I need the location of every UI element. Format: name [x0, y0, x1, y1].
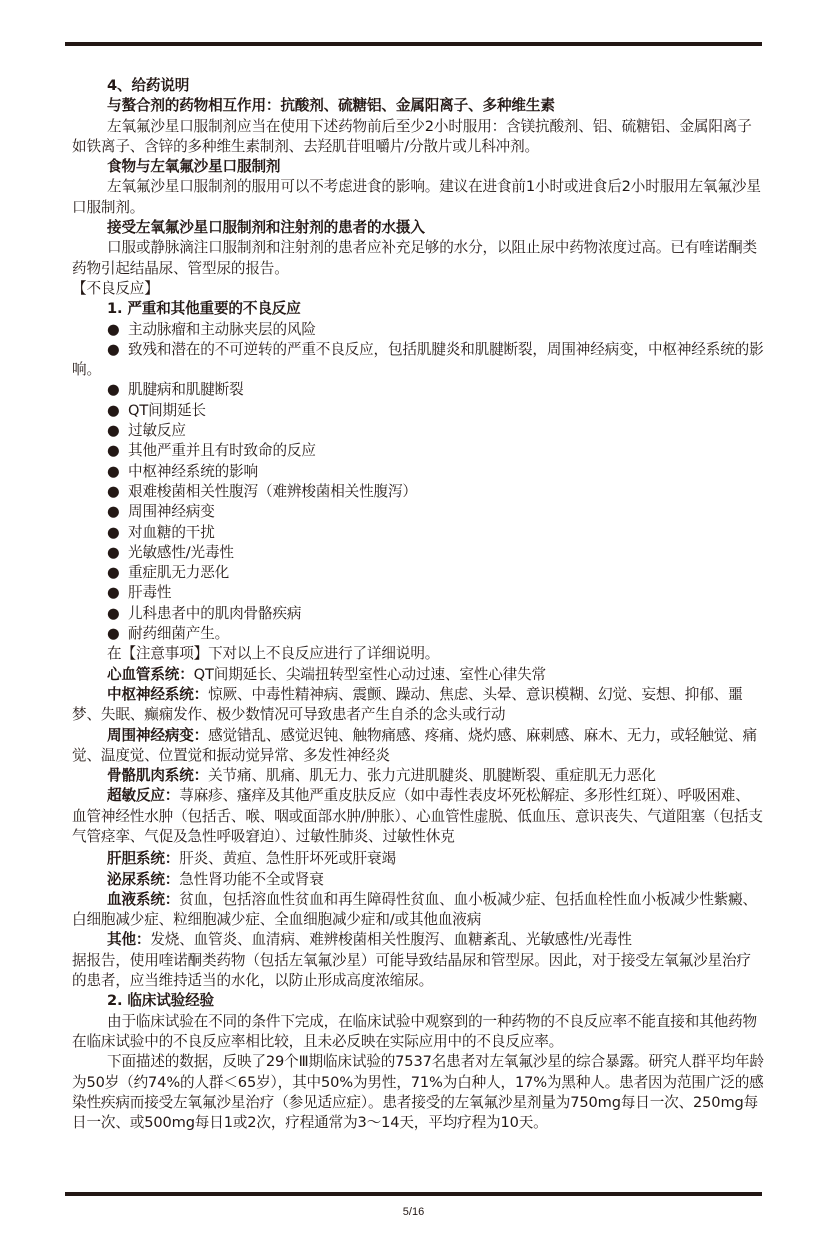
paragraph-hydration: 口服或静脉滴注口服制剂和注射剂的患者应补充足够的水分，以阻止尿中药物浓度过高。已…	[72, 238, 764, 279]
system-other: 其他：发烧、血管炎、血清病、难辨梭菌相关性腹泻、血糖紊乱、光敏感性/光毒性	[72, 930, 764, 950]
paragraph-clinical-trials-2: 下面描述的数据，反映了29个Ⅲ期临床试验的7537名患者对左氧氟沙星的综合暴露。…	[72, 1052, 764, 1133]
bullet-icon: ●	[107, 543, 128, 563]
bullet-icon: ●	[107, 523, 128, 543]
bullet-icon: ●	[107, 482, 128, 502]
precautions-note: 在【注意事项】下对以上不良反应进行了详细说明。	[72, 644, 764, 664]
list-item: ●光敏感性/光毒性	[72, 543, 764, 563]
list-item: ●艰难梭菌相关性腹泻（难辨梭菌相关性腹泻）	[72, 482, 764, 502]
bullet-icon: ●	[107, 583, 128, 603]
list-item: ●肝毒性	[72, 583, 764, 603]
page-number: 5/16	[0, 1206, 827, 1218]
list-item: ●重症肌无力恶化	[72, 563, 764, 583]
system-musculoskeletal: 骨骼肌肉系统：关节痛、肌痛、肌无力、张力亢进肌腱炎、肌腱断裂、重症肌无力恶化	[72, 766, 764, 786]
system-urinary: 泌尿系统：急性肾功能不全或肾衰	[72, 870, 764, 890]
bullet-icon: ●	[107, 502, 128, 522]
paragraph-chelation: 左氧氟沙星口服制剂应当在使用下述药物前后至少2小时服用：含镁抗酸剂、铝、硫糖铝、…	[72, 117, 764, 158]
system-hepatobiliary: 肝胆系统：肝炎、黄疸、急性肝坏死或肝衰竭	[72, 849, 764, 869]
list-item: ●儿科患者中的肌肉骨骼疾病	[72, 604, 764, 624]
system-peripheral-neuropathy: 周围神经病变：感觉错乱、感觉迟钝、触物痛感、疼痛、烧灼感、麻刺感、麻木、无力，或…	[72, 726, 764, 767]
system-hematologic: 血液系统：贫血，包括溶血性贫血和再生障碍性贫血、血小板减少症、包括血栓性血小板减…	[72, 890, 764, 931]
bullet-icon: ●	[107, 320, 128, 340]
bullet-icon: ●	[107, 340, 128, 360]
list-item: ●其他严重并且有时致命的反应	[72, 441, 764, 461]
subheading-clinical-trials: 2. 临床试验经验	[72, 991, 764, 1011]
list-item: ●中枢神经系统的影响	[72, 462, 764, 482]
bullet-icon: ●	[107, 624, 128, 644]
document-body: 4、给药说明 与螯合剂的药物相互作用：抗酸剂、硫糖铝、金属阳离子、多种维生素 左…	[72, 76, 764, 1133]
bullet-icon: ●	[107, 462, 128, 482]
bullet-icon: ●	[107, 380, 128, 400]
list-item: ●周围神经病变	[72, 502, 764, 522]
paragraph-food: 左氧氟沙星口服制剂的服用可以不考虑进食的影响。建议在进食前1小时或进食后2小时服…	[72, 177, 764, 218]
subheading-chelation: 与螯合剂的药物相互作用：抗酸剂、硫糖铝、金属阳离子、多种维生素	[72, 96, 764, 116]
bullet-icon: ●	[107, 401, 128, 421]
list-item: ●耐药细菌产生。	[72, 624, 764, 644]
footer-rule	[65, 1192, 762, 1196]
bullet-icon: ●	[107, 604, 128, 624]
paragraph-crystalluria: 据报告，使用喹诺酮类药物（包括左氧氟沙星）可能导致结晶尿和管型尿。因此，对于接受…	[72, 951, 764, 992]
section-heading-dosing: 4、给药说明	[72, 76, 764, 96]
list-item: ●肌腱病和肌腱断裂	[72, 380, 764, 400]
list-item: ●主动脉瘤和主动脉夹层的风险	[72, 320, 764, 340]
subheading-food: 食物与左氧氟沙星口服制剂	[72, 157, 764, 177]
system-cardiovascular: 心血管系统：QT间期延长、尖端扭转型室性心动过速、室性心律失常	[72, 665, 764, 685]
list-item: ●致残和潜在的不可逆转的严重不良反应，包括肌腱炎和肌腱断裂，周围神经病变，中枢神…	[72, 340, 764, 381]
subheading-hydration: 接受左氧氟沙星口服制剂和注射剂的患者的水摄入	[72, 218, 764, 238]
subheading-serious-reactions: 1. 严重和其他重要的不良反应	[72, 299, 764, 319]
bullet-icon: ●	[107, 441, 128, 461]
list-item: ●QT间期延长	[72, 401, 764, 421]
header-rule	[65, 42, 762, 46]
paragraph-clinical-trials-1: 由于临床试验在不同的条件下完成，在临床试验中观察到的一种药物的不良反应率不能直接…	[72, 1012, 764, 1053]
bullet-icon: ●	[107, 421, 128, 441]
system-cns: 中枢神经系统：惊厥、中毒性精神病、震颤、躁动、焦虑、头晕、意识模糊、幻觉、妄想、…	[72, 685, 764, 726]
list-item: ●对血糖的干扰	[72, 523, 764, 543]
system-hypersensitivity: 超敏反应：荨麻疹、瘙痒及其他严重皮肤反应（如中毒性表皮坏死松解症、多形性红斑）、…	[72, 786, 764, 847]
bullet-icon: ●	[107, 563, 128, 583]
list-item: ●过敏反应	[72, 421, 764, 441]
section-heading-adverse-reactions: 【不良反应】	[72, 279, 764, 299]
